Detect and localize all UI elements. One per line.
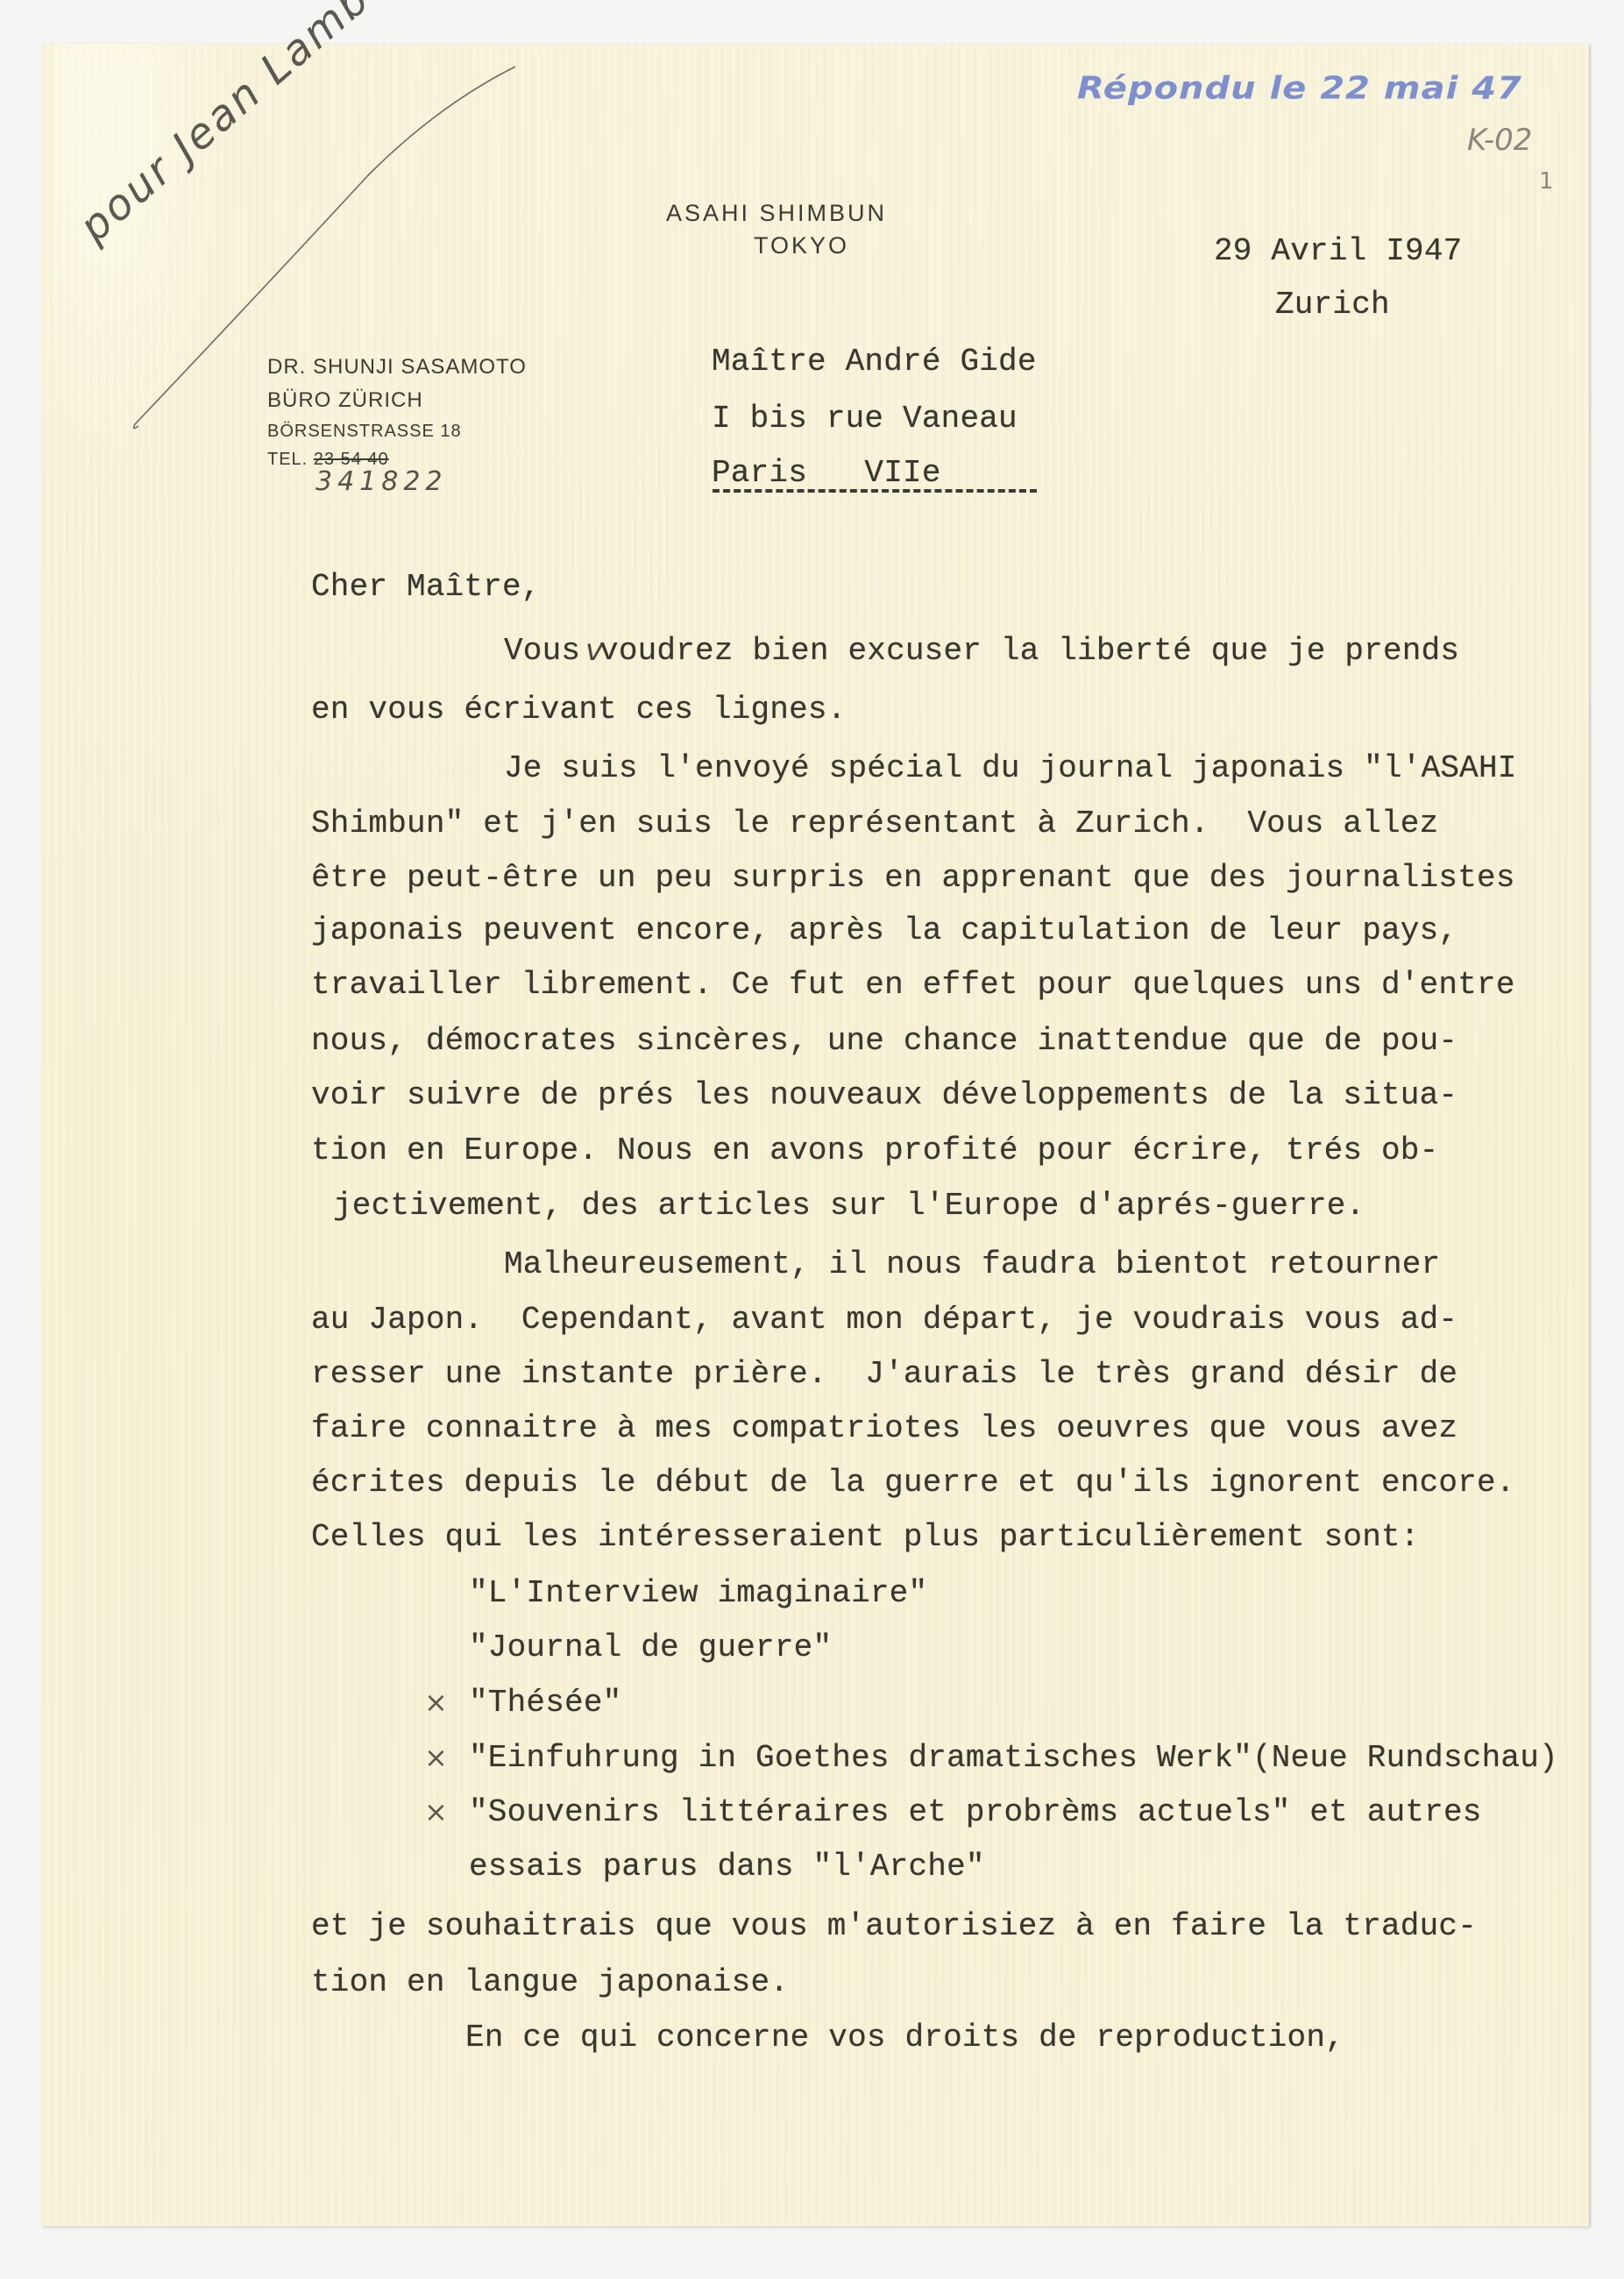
recipient-name: Maître André Gide <box>712 344 1037 380</box>
work-list-item: "Thésée" <box>469 1685 621 1722</box>
body-line: écrites depuis le début de la guerre et … <box>311 1465 1515 1502</box>
blue-ink-reply-note: Répondu le 22 mai 47 <box>1077 70 1522 106</box>
handwritten-tel-number: 341822 <box>316 466 448 497</box>
handwritten-correction-v: v <box>585 633 603 668</box>
work-list-item: "L'Interview imaginaire" <box>469 1575 927 1612</box>
masthead-city: TOKYO <box>754 232 849 259</box>
body-line: Cher Maître, <box>311 569 541 606</box>
pencil-x-mark-icon: × <box>424 1798 448 1826</box>
letter-date: 29 Avril I947 <box>1214 233 1462 270</box>
recipient-city: Paris VIIe <box>712 455 941 492</box>
pencil-x-mark-icon: × <box>424 1743 448 1771</box>
body-line: faire connaitre à mes compatriotes les o… <box>311 1410 1457 1447</box>
recipient-underline <box>713 489 1037 493</box>
body-line: voir suivre de prés les nouveaux dévelop… <box>311 1077 1457 1114</box>
pencil-x-mark-icon: × <box>424 1688 448 1716</box>
body-line: Je suis l'envoyé spécial du journal japo… <box>504 750 1517 787</box>
work-list-item: "Journal de guerre" <box>469 1629 832 1666</box>
body-line: Vous voudrez bien excuser la liberté que… <box>504 633 1459 670</box>
body-line: nous, démocrates sincères, une chance in… <box>311 1023 1457 1060</box>
letterhead-office: BÜRO ZÜRICH <box>267 388 423 413</box>
archive-reference: K-02 <box>1467 123 1532 158</box>
work-list-item: "Einfuhrung in Goethes dramatisches Werk… <box>469 1740 1558 1777</box>
body-line: Shimbun" et j'en suis le représentant à … <box>311 806 1438 842</box>
tel-label: TEL. <box>267 450 314 469</box>
body-line: travailler librement. Ce fut en effet po… <box>311 967 1515 1004</box>
work-list-item: "Souvenirs littéraires et probrèms actue… <box>469 1794 1482 1831</box>
letterhead-name: DR. SHUNJI SASAMOTO <box>267 355 527 380</box>
body-line: japonais peuvent encore, après la capitu… <box>311 912 1457 949</box>
body-line: et je souhaitrais que vous m'autorisiez … <box>311 1908 1477 1945</box>
body-line: jectivement, des articles sur l'Europe d… <box>333 1188 1365 1225</box>
body-line: En ce qui concerne vos droits de reprodu… <box>465 2020 1344 2056</box>
letter-place: Zurich <box>1275 287 1390 323</box>
body-line: au Japon. Cependant, avant mon départ, j… <box>311 1302 1457 1338</box>
body-line: tion en langue japonaise. <box>311 1964 789 2001</box>
masthead-newspaper: ASAHI SHIMBUN <box>666 200 887 227</box>
recipient-street: I bis rue Vaneau <box>712 401 1018 437</box>
body-line: tion en Europe. Nous en avons profité po… <box>311 1132 1438 1169</box>
body-line: en vous écrivant ces lignes. <box>311 692 847 728</box>
work-list-item: essais parus dans "l'Arche" <box>469 1849 985 1885</box>
page-number: 1 <box>1539 168 1554 195</box>
body-line: être peut-être un peu surpris en apprena… <box>311 860 1515 897</box>
body-line: Malheureusement, il nous faudra bientot … <box>504 1246 1440 1283</box>
letterhead-street: BÖRSENSTRASSE 18 <box>267 422 462 442</box>
body-line: resser une instante prière. J'aurais le … <box>311 1356 1457 1393</box>
body-line: Celles qui les intéresseraient plus part… <box>311 1519 1420 1556</box>
